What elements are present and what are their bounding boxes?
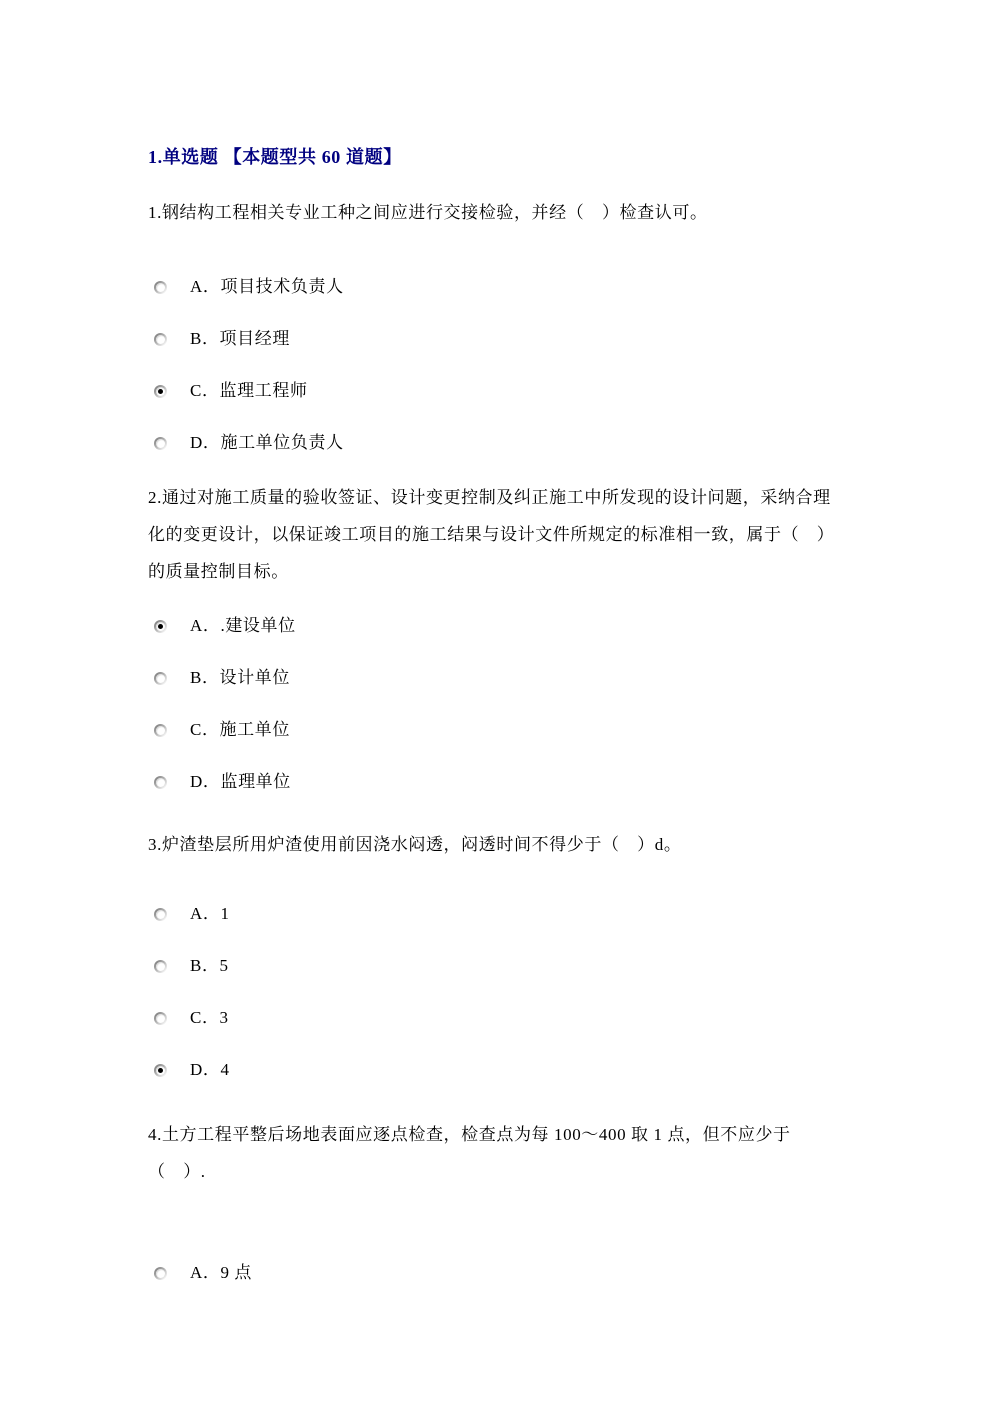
question-2-options: A．.建设单位 B．设计单位 C．施工单位 D．监理单位 [148, 600, 695, 808]
section-title: 1.单选题 【本题型共 60 道题】 [148, 146, 695, 168]
question-1-option-c-label: C．监理工程师 [190, 381, 308, 401]
question-2-option-d: D．监理单位 [148, 756, 695, 808]
question-2-option-b-label: B．设计单位 [190, 668, 290, 688]
question-2: 2.通过对施工质量的验收签证、设计变更控制及纠正施工中所发现的设计问题，采纳合理… [148, 479, 695, 808]
question-2-option-d-label: D．监理单位 [190, 772, 291, 792]
question-2-option-b: B．设计单位 [148, 652, 695, 704]
exam-page: 1.单选题 【本题型共 60 道题】 1.钢结构工程相关专业工种之间应进行交接检… [0, 0, 993, 1404]
question-3-option-d-label: D．4 [190, 1060, 230, 1080]
question-4: 4.土方工程平整后场地表面应逐点检查，检查点为每 100～400 取 1 点，但… [148, 1116, 695, 1299]
question-3-option-b: B．5 [148, 940, 695, 992]
question-3-option-c-radio[interactable] [154, 1012, 167, 1025]
question-3-option-d: D．4 [148, 1044, 695, 1096]
question-1-option-d-label: D．施工单位负责人 [190, 433, 344, 453]
question-4-option-a-label: A．9 点 [190, 1263, 252, 1283]
question-1-option-d-radio[interactable] [154, 437, 167, 450]
question-1-option-a-label: A．项目技术负责人 [190, 277, 344, 297]
question-1-option-a: A．项目技术负责人 [148, 261, 695, 313]
question-2-option-a: A．.建设单位 [148, 600, 695, 652]
question-1-option-c: C．监理工程师 [148, 365, 695, 417]
question-2-text: 2.通过对施工质量的验收签证、设计变更控制及纠正施工中所发现的设计问题，采纳合理… [148, 479, 843, 590]
question-1-option-b-label: B．项目经理 [190, 329, 290, 349]
question-1-option-b: B．项目经理 [148, 313, 695, 365]
question-3-option-c-label: C．3 [190, 1008, 229, 1028]
question-3-option-b-label: B．5 [190, 956, 229, 976]
question-3-text: 3.炉渣垫层所用炉渣使用前因浇水闷透，闷透时间不得少于（ ）d。 [148, 826, 843, 863]
question-3-options: A．1 B．5 C．3 D．4 [148, 888, 695, 1096]
question-1-option-d: D．施工单位负责人 [148, 417, 695, 469]
question-3: 3.炉渣垫层所用炉渣使用前因浇水闷透，闷透时间不得少于（ ）d。 A．1 B．5… [148, 826, 695, 1096]
exam-content: 1.单选题 【本题型共 60 道题】 1.钢结构工程相关专业工种之间应进行交接检… [0, 0, 843, 1299]
question-1-option-a-radio[interactable] [154, 281, 167, 294]
question-2-option-c-radio[interactable] [154, 724, 167, 737]
question-3-option-c: C．3 [148, 992, 695, 1044]
question-4-options: A．9 点 [148, 1247, 695, 1299]
question-2-option-d-radio[interactable] [154, 776, 167, 789]
question-1: 1.钢结构工程相关专业工种之间应进行交接检验，并经（ ）检查认可。 A．项目技术… [148, 194, 695, 469]
question-3-option-b-radio[interactable] [154, 960, 167, 973]
question-3-option-a-radio[interactable] [154, 908, 167, 921]
question-3-option-a-label: A．1 [190, 904, 230, 924]
question-2-option-b-radio[interactable] [154, 672, 167, 685]
question-2-option-a-radio[interactable] [154, 620, 167, 633]
question-1-options: A．项目技术负责人 B．项目经理 C．监理工程师 D．施工单位负责人 [148, 261, 695, 469]
question-3-option-d-radio[interactable] [154, 1064, 167, 1077]
question-2-option-c: C．施工单位 [148, 704, 695, 756]
question-4-text: 4.土方工程平整后场地表面应逐点检查，检查点为每 100～400 取 1 点，但… [148, 1116, 843, 1190]
question-2-option-a-label: A．.建设单位 [190, 616, 296, 636]
question-3-option-a: A．1 [148, 888, 695, 940]
question-2-option-c-label: C．施工单位 [190, 720, 290, 740]
question-4-option-a: A．9 点 [148, 1247, 695, 1299]
question-4-option-a-radio[interactable] [154, 1267, 167, 1280]
question-1-option-c-radio[interactable] [154, 385, 167, 398]
question-1-text: 1.钢结构工程相关专业工种之间应进行交接检验，并经（ ）检查认可。 [148, 194, 843, 231]
question-1-option-b-radio[interactable] [154, 333, 167, 346]
